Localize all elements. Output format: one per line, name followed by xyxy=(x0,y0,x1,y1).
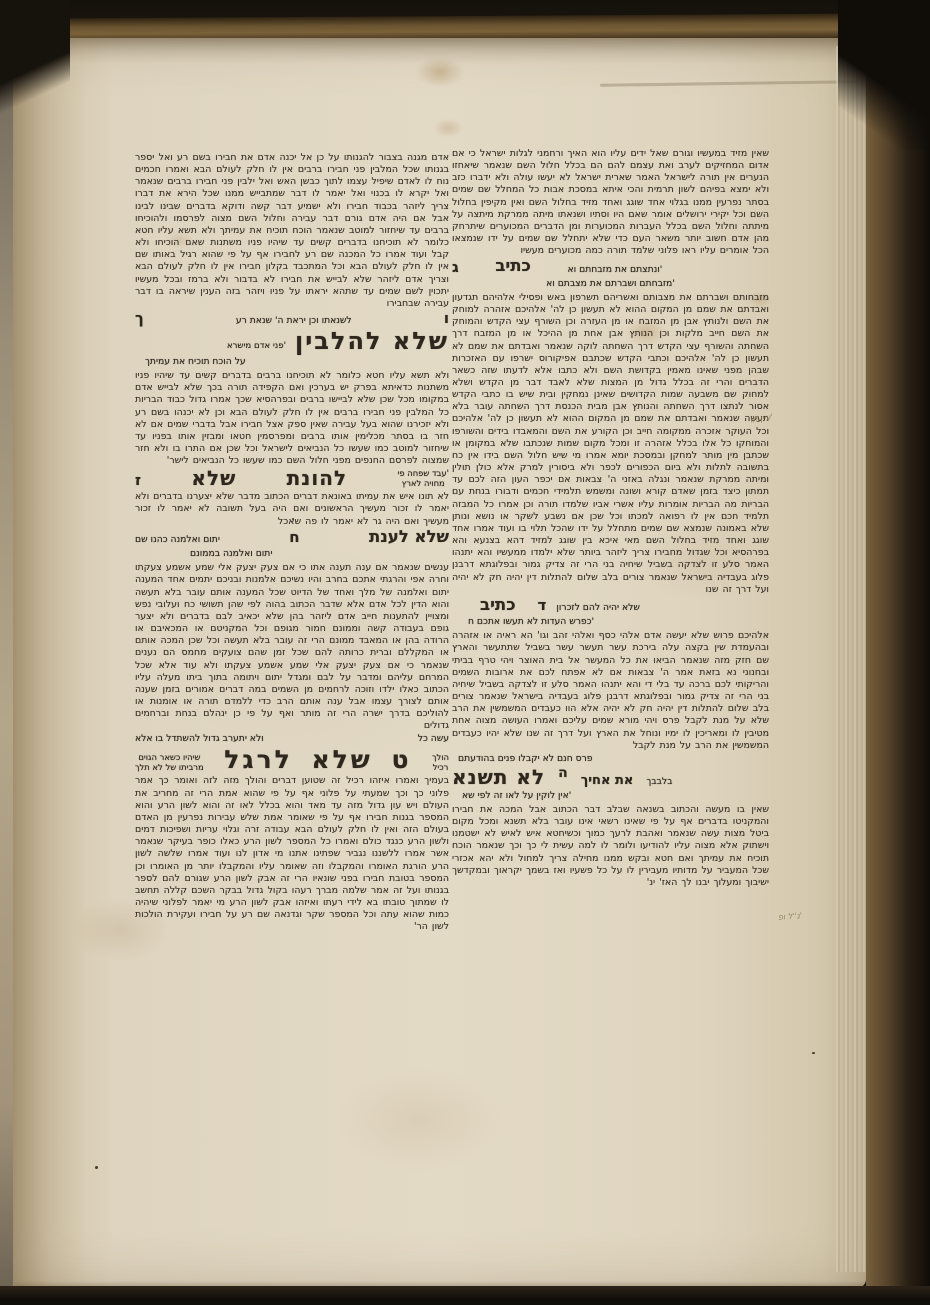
header-gloss: שלא יהיה להם לזכרון xyxy=(556,602,640,613)
header-gloss: אין לוקין על לאו זה לפי שא' xyxy=(462,790,571,801)
cover-corner-top-right xyxy=(838,0,930,150)
body-paragraph: מזבחותם ושברתם את מצבותם ואשריהם תשרפון … xyxy=(452,292,769,596)
section-number-dalet: ד xyxy=(538,598,547,613)
header-gloss: יתום ואלמנה בממונם xyxy=(190,548,272,559)
header-gloss-line: רכיל xyxy=(432,763,449,773)
section-title-ketiv-4: כתיב xyxy=(480,597,516,614)
section-title-shelo-lehonot: להונת xyxy=(287,468,347,488)
header-gloss: פרס חנם לא יקבלו פנים בהודעתם xyxy=(458,753,593,764)
header-gloss: ולא יתערב גדול להשתדל בו אלא xyxy=(135,733,264,744)
body-paragraph: שאין מזיד במעשיו וגורם שאל ידים עליו הוא… xyxy=(452,148,769,257)
header-gloss: ונתצתם את מזבחתם וא' xyxy=(568,264,663,275)
header-not-to-hate: לא תשנאהאת אחיךבלבבך xyxy=(452,767,769,787)
section-number-gimel: ג xyxy=(452,260,459,275)
header-gloss: את אחיך xyxy=(581,774,634,787)
section-number-vav: ו xyxy=(444,311,449,326)
section-number-he: ה xyxy=(558,766,568,780)
text-column-right: שאין מזיד במעשיו וגורם שאל ידים עליו הוא… xyxy=(452,148,769,1016)
header-gloss: לשנאתו וכן יראת ה' שנאת רע xyxy=(236,315,352,326)
header-gloss-line: מרביתו של לא תלך xyxy=(135,763,204,773)
body-paragraph: ולא תשא עליו חטא כלומר לא תוכיחנו ברבים … xyxy=(135,370,449,467)
header-row: פרס חנם לא יקבלו פנים בהודעתם xyxy=(452,753,769,764)
header-gloss-line: מחויה לארץ xyxy=(397,479,449,489)
header-gloss-stack: הולךרכיל xyxy=(432,753,449,772)
header-gloss: עשה כל xyxy=(418,733,449,744)
header-gloss: יתום ואלמנה כהנו שם xyxy=(135,534,220,545)
gutter-shadow xyxy=(8,38,86,1288)
section-title-ketiv-3: כתיב xyxy=(495,258,531,275)
book-scan-photo: אדם מגנה בצבור להגנותו על כן אל יכנה אדם… xyxy=(0,0,930,1305)
header-ketiv-three: גכתיבונתצתם את מזבחתם וא' xyxy=(452,258,769,275)
ink-speck xyxy=(95,1166,98,1169)
body-paragraph: אלהיכם פרוש שלא יעשה אדם אלהי כסף ואלהי … xyxy=(452,630,769,752)
section-number-zayin: ז xyxy=(135,473,141,488)
book-cover-right-edge xyxy=(866,0,930,1305)
body-paragraph: אדם מגנה בצבור להגנותו על כן אל יכנה אדם… xyxy=(135,152,449,310)
body-paragraph: ענשים שנאמר אם ענה תענה אתו כי אם צעק יצ… xyxy=(135,562,449,732)
body-paragraph: שאין בו מעשה והכתוב בשנאה שבלב דבר הכתוב… xyxy=(452,804,769,889)
section-title-shelo-leanot: שלא לענת xyxy=(369,529,449,546)
section-number: ך xyxy=(135,311,144,326)
header-gloss: על הוכח תוכיח את עמיתך xyxy=(145,356,246,367)
header-row: על הוכח תוכיח את עמיתך xyxy=(135,356,449,367)
header-gloss: מזבחתם ושברתם את מצבתם וא' xyxy=(546,278,675,289)
header-row: יתום ואלמנה בממונם xyxy=(135,548,449,559)
header-not-to-wrong: זשלאלהונתעבד שפחה פי'מחויה לארץ xyxy=(135,468,449,488)
header-gloss: כפרש העדות לא תעשו אתכם ח' xyxy=(468,616,594,627)
header-row: מזבחתם ושברתם את מצבתם וא' xyxy=(452,278,769,289)
text-column-left: אדם מגנה בצבור להגנותו על כן אל יכנה אדם… xyxy=(135,152,449,1038)
header-not-to-afflict: יתום ואלמנה כהנו שםחשלא לענת xyxy=(135,529,449,546)
header-not-to-shame: פני אדם מישרא'שלא להלבין xyxy=(135,329,449,353)
body-paragraph: בעמיך ואמרו איזהו רכיל זה שטוען דברים וה… xyxy=(135,775,449,933)
section-title-lo-tisna: לא תשנא xyxy=(452,767,545,787)
section-number-chet: ח xyxy=(289,530,299,545)
header-gloss-stack: עבד שפחה פי'מחויה לארץ xyxy=(397,469,449,488)
section-title-shelo-leragel: ט שלא לרגל xyxy=(224,747,411,772)
header-row: אין לוקין על לאו זה לפי שא' xyxy=(452,790,769,801)
book-cover-bottom-edge xyxy=(0,1286,930,1305)
section-title: שלא xyxy=(191,468,236,488)
header-ketiv-four: כתיבדשלא יהיה להם לזכרון xyxy=(452,597,769,614)
header-row: כפרש העדות לא תעשו אתכם ח' xyxy=(452,616,769,627)
cover-corner-top-left xyxy=(0,0,70,120)
page-block-left-edge xyxy=(0,30,13,1292)
section-title-shelo-lehalbin: שלא להלבין xyxy=(295,329,449,353)
header-not-to-gossip: שיהיו כשאר הגויםמרביתו של לא תלךט שלא לר… xyxy=(135,747,449,772)
body-paragraph: לא תונו איש את עמיתו באונאת דברים הכתוב … xyxy=(135,491,449,527)
header-row: ולא יתערב גדול להשתדל בו אלאעשה כל xyxy=(135,733,449,744)
ink-speck xyxy=(812,1052,815,1054)
header-gloss-stack: שיהיו כשאר הגויםמרביתו של לא תלך xyxy=(135,753,204,772)
section-six-number-line: ךלשנאתו וכן יראת ה' שנאת רעו xyxy=(135,311,449,326)
header-gloss: בלבבך xyxy=(646,776,672,787)
header-gloss: פני אדם מישרא' xyxy=(227,341,286,353)
